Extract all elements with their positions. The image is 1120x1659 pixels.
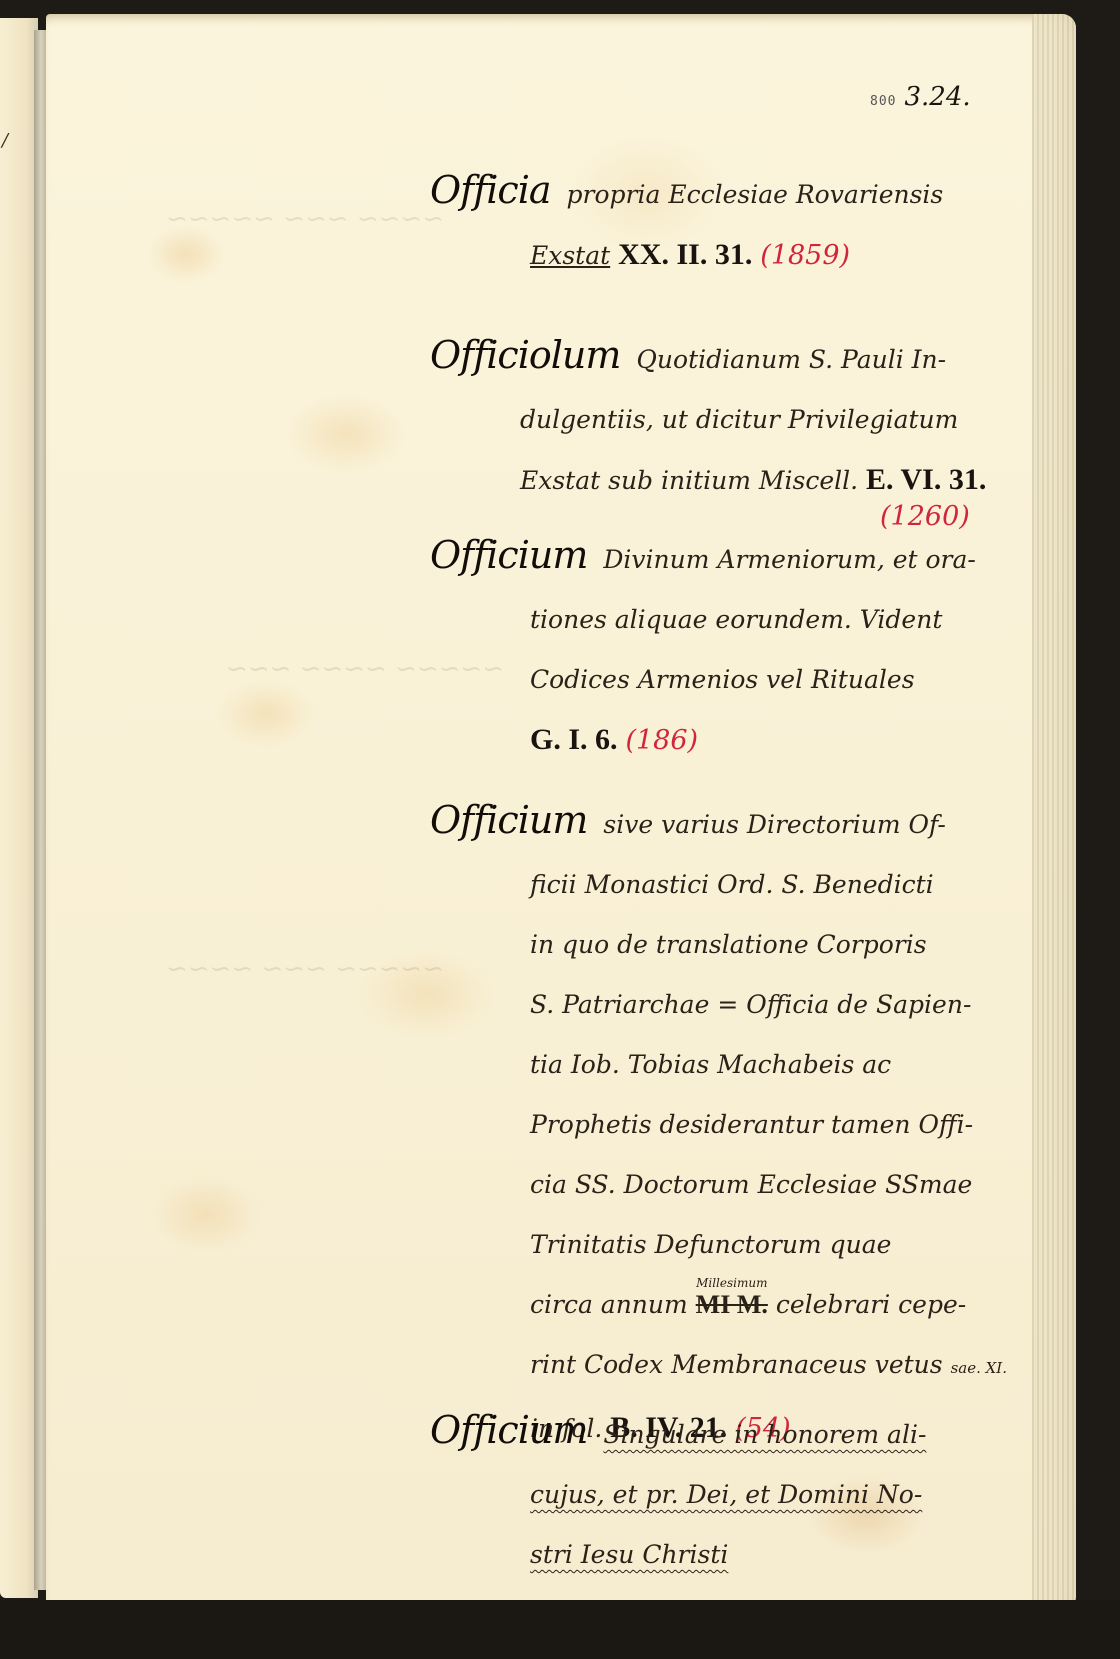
entry-headword: Officium [430, 798, 587, 842]
entry-line: Quotidianum S. Pauli In- [636, 330, 946, 390]
entry-headword: Officiolum [430, 333, 620, 377]
entry-line: tiones aliquae eorundem. Vident [530, 590, 1030, 650]
entry-line: tia Iob. Tobias Machabeis ac [530, 1035, 1030, 1095]
left-page-mark: / [2, 130, 8, 151]
left-facing-page: / [0, 18, 38, 1598]
entry-headword: Officium [430, 533, 587, 577]
inserted-word: Millesimum [696, 1253, 767, 1313]
entry-line: Trinitatis Defunctorum quae [530, 1215, 1030, 1275]
entry-line: Divinum Armeniorum, et ora- [603, 530, 975, 590]
entry-headword: Officia [430, 168, 551, 212]
entry-headword: Officium [430, 1408, 587, 1452]
entry-line: dulgentiis, ut dicitur Privilegiatum [520, 390, 1030, 450]
catalogue-number: (186) [625, 725, 698, 756]
margin-note: sae. XI. [951, 1359, 1007, 1377]
entry-line: circa annum [530, 1290, 688, 1319]
folio-stamp: 800 [870, 94, 896, 109]
entry-line: cia SS. Doctorum Ecclesiae SSmae [530, 1155, 1030, 1215]
entry-line: Exstat [530, 241, 610, 270]
entry-line: stri Iesu Christi [530, 1525, 1030, 1585]
entry-line: celebrari cepe- [776, 1290, 966, 1319]
entry-line: cujus, et pr. Dei, et Domini No- [530, 1465, 1030, 1525]
bleed-through-text: ~~~~ ~~~ ~~~~~ [166, 204, 444, 234]
page-edge [1032, 14, 1076, 1614]
entry-line: S. Patriarchae = Officia de Sapien- [530, 975, 1030, 1035]
entry-line: sive varius Directorium Of- [603, 795, 945, 855]
entry-line: Prophetis desiderantur tamen Offi- [530, 1095, 1030, 1155]
catalogue-entry: Officiapropria Ecclesiae Rovariensis Exs… [430, 160, 1030, 286]
catalogue-entry: OfficiumDivinum Armeniorum, et ora- tion… [430, 525, 1030, 771]
correction: Millesimum MI M. [696, 1275, 768, 1335]
catalogue-entry: OfficiolumQuotidianum S. Pauli In- dulge… [430, 325, 1030, 547]
entry-line: Singulare in honorem ali- [603, 1405, 926, 1465]
entry-line: rint Codex Membranaceus vetus [530, 1350, 943, 1379]
entry-line: Exstat sub initium Miscell. [520, 466, 858, 495]
catalogue-entry: Officiumsive varius Directorium Of- fici… [430, 790, 1030, 1459]
background-surface [0, 1600, 1120, 1659]
folio-handwritten: 3.24. [904, 82, 970, 112]
shelfmark: G. I. 6. [530, 723, 618, 756]
entry-line: ficii Monastici Ord. S. Benedicti [530, 855, 1030, 915]
catalogue-number: (1859) [760, 240, 850, 271]
catalogue-entry: OfficiumSingulare in honorem ali- cujus,… [430, 1400, 1030, 1585]
entry-line: in quo de translatione Corporis [530, 915, 1030, 975]
folio-number: 800 3.24. [870, 82, 971, 112]
shelfmark: XX. II. 31. [618, 238, 752, 271]
entry-line: Codices Armenios vel Rituales [530, 650, 1030, 710]
entry-line: propria Ecclesiae Rovariensis [567, 165, 944, 225]
bleed-through-text: ~~~~~ ~~~ ~~~~ [166, 954, 444, 984]
